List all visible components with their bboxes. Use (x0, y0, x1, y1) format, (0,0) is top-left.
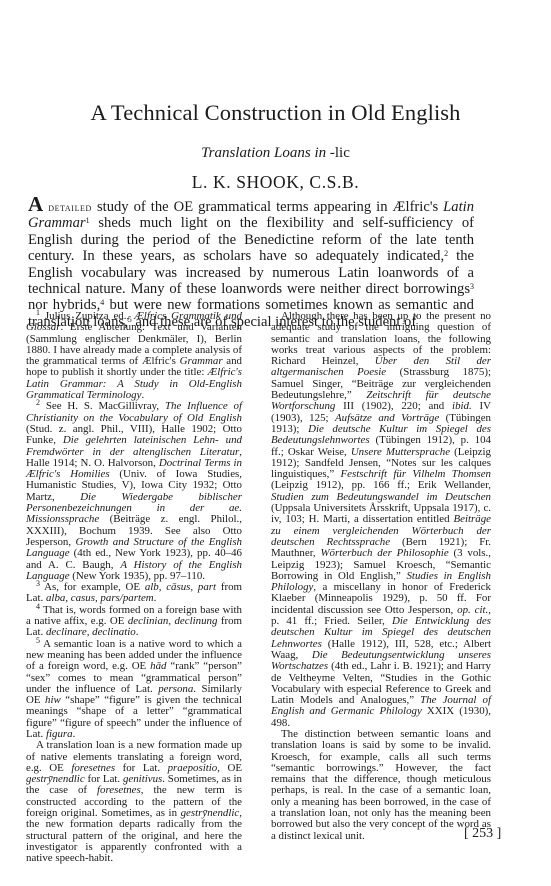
footnote-italic: gestrȳnendlic (181, 807, 240, 819)
footnote-text: The distinction between semantic loans a… (271, 728, 491, 842)
footnote-5-translation-loan: A translation loan is a new formation ma… (26, 740, 242, 864)
page-number: [ 253 ] (464, 826, 501, 842)
footnote-italic: Aufsätze and Vorträge (335, 412, 439, 424)
footnote-italic: praepositio (168, 762, 218, 774)
footnote-text: Julius Zupitza ed., (40, 310, 134, 322)
footnote-italic: figura (46, 728, 73, 740)
footnote-italic: Unsere Muttersprache (351, 446, 450, 458)
footnote-italic: gestrȳnendlic (26, 773, 85, 785)
footnote-5-bibliography: Although there has been up to the presen… (271, 311, 491, 729)
footnote-2: 2 See H. S. MacGillivray, The Influence … (26, 401, 242, 582)
footnotes-right-column: Although there has been up to the presen… (271, 311, 491, 842)
footnote-5-distinction: The distinction between semantic loans a… (271, 729, 491, 842)
footnote-5: 5 A semantic loan is a native word to wh… (26, 639, 242, 741)
footnote-text: . (136, 626, 139, 638)
footnote-text: (Leipzig 1912), pp. 166 ff.; Erik Wellan… (271, 479, 491, 491)
article-subtitle: Translation Loans in -lic (0, 145, 551, 162)
footnote-italic: hād (150, 660, 166, 672)
footnote-text: for Lat. (115, 762, 168, 774)
subtitle-suffix: -lic (330, 145, 350, 161)
footnote-text: . (154, 592, 157, 604)
lead-smallcaps: detailed (48, 200, 92, 214)
footnote-italic: declinare, declinatio (46, 626, 136, 638)
footnote-text: III (1902), 220; and (335, 400, 452, 412)
footnote-italic: Studien zum Bedeutungswandel im Deutsche… (271, 491, 491, 503)
footnotes-left-column: 1 Julius Zupitza ed., Ælfrics Grammatik … (26, 311, 242, 865)
footnote-ref-3[interactable]: 3 (470, 282, 474, 291)
footnote-italic: foresetnes (71, 762, 115, 774)
footnote-italic: alba, casus, pars/partem (46, 592, 154, 604)
footnote-text: for Lat. (85, 773, 123, 785)
footnote-4: 4 That is, words formed on a foreign bas… (26, 605, 242, 639)
lead-text: sheds much light on the flexibility and … (28, 215, 474, 264)
article-author: L. K. SHOOK, C.S.B. (0, 172, 551, 193)
footnote-italic: alb, cāsus, part (145, 581, 216, 593)
subtitle-italic: Translation Loans in (201, 145, 326, 161)
footnote-text: As, for example, OE (40, 581, 145, 593)
article-title: A Technical Construction in Old English (0, 100, 551, 126)
drop-cap: A (28, 192, 43, 216)
footnote-italic: foresetnes (97, 784, 141, 796)
footnote-text: , OE (217, 762, 242, 774)
footnote-1: 1 Julius Zupitza ed., Ælfrics Grammatik … (26, 311, 242, 401)
footnote-italic: Wörterbuch der Philosophie (320, 547, 448, 559)
footnote-3: 3 As, for example, OE alb, cāsus, part f… (26, 582, 242, 605)
footnote-italic: ibid. (452, 400, 472, 412)
lead-text: study of the OE grammatical terms appear… (92, 199, 443, 215)
footnote-italic: op. cit. (457, 604, 488, 616)
footnote-text: . (73, 728, 76, 740)
footnote-text: See H. S. MacGillivray, (40, 400, 165, 412)
footnote-italic: hiw (45, 694, 61, 706)
footnote-italic: declinian, declinung (128, 615, 218, 627)
footnote-italic: persona (158, 683, 193, 695)
footnote-italic: Grammar (180, 355, 223, 367)
footnote-italic: Festschrift für Vilhelm Thomsen (341, 468, 492, 480)
footnote-italic: genitivus (123, 773, 162, 785)
